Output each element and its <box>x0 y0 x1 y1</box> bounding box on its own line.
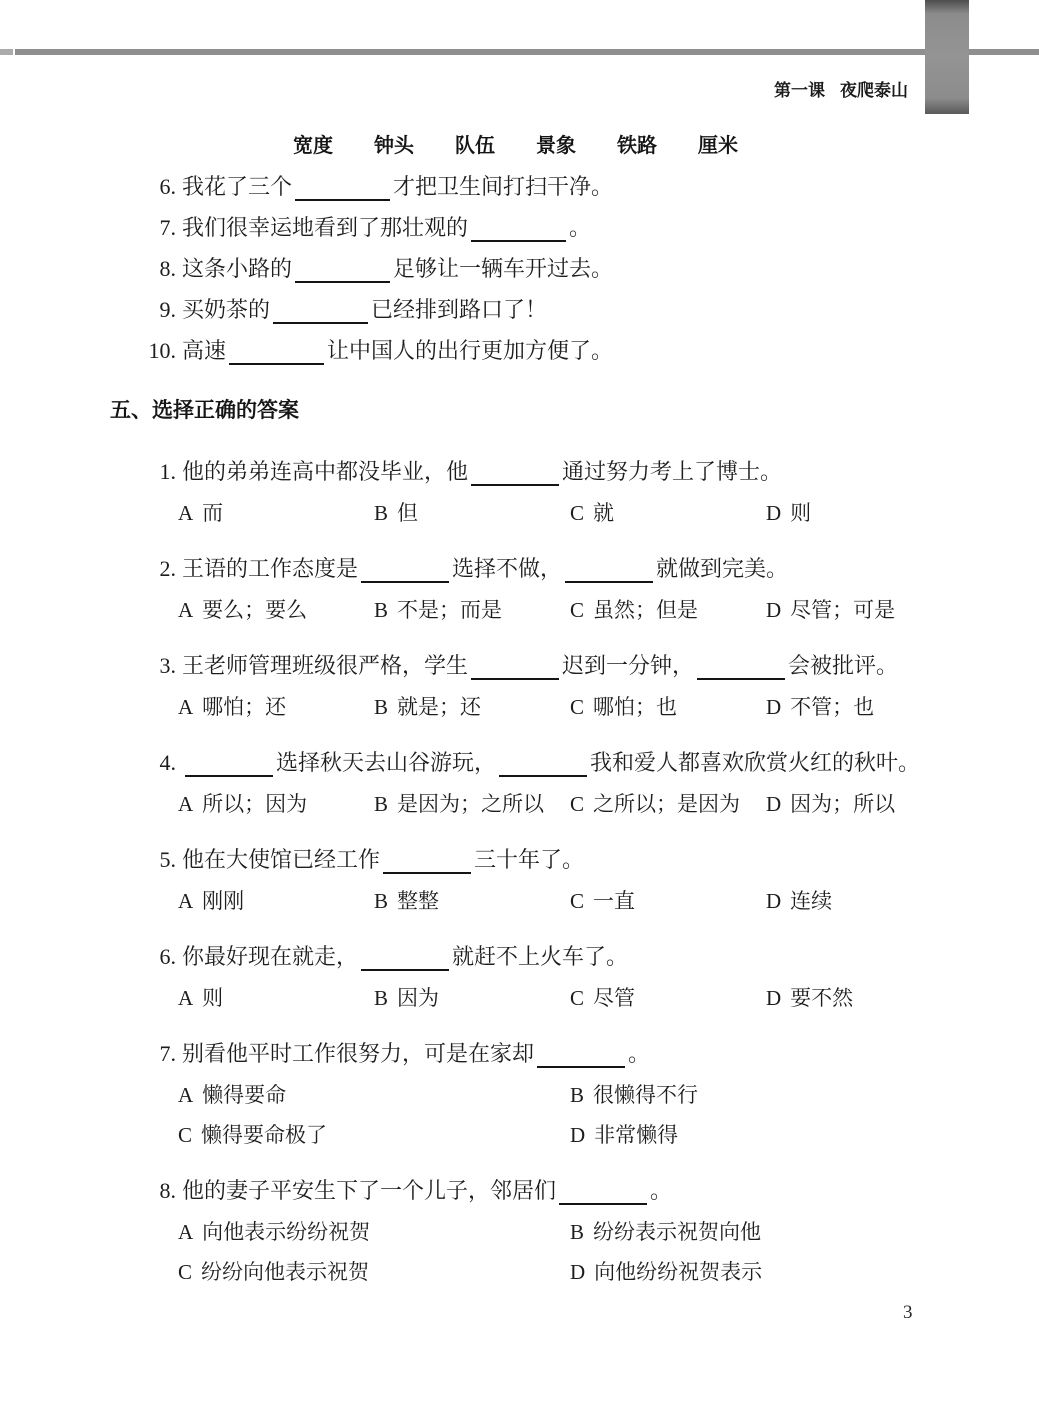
question-text: 。 <box>628 1041 650 1066</box>
question-text: 才把卫生间打扫干净。 <box>393 174 613 199</box>
option-row: A而B但C就D则 <box>0 493 1039 533</box>
option-text: 不管；也 <box>790 695 874 719</box>
word-bank: 宽度钟头队伍景象铁路厘米 <box>293 133 738 159</box>
option-row: A所以；因为B是因为；之所以C之所以；是因为D因为；所以 <box>0 784 1039 824</box>
option-b: B整整 <box>374 881 570 921</box>
question-number: 10. <box>142 330 176 371</box>
option-label: C <box>178 1123 192 1147</box>
question-text: 。 <box>569 215 591 240</box>
option-text: 连续 <box>790 889 832 913</box>
word-bank-item: 厘米 <box>698 133 738 159</box>
option-text: 就是；还 <box>397 695 481 719</box>
option-text: 懒得要命 <box>202 1083 286 1107</box>
question-body: 他的弟弟连高中都没毕业，他通过努力考上了博士。 <box>182 459 782 484</box>
question-text: 这条小路的 <box>182 256 292 281</box>
option-row: A向他表示纷纷祝贺B纷纷表示祝贺向他C纷纷向他表示祝贺D向他纷纷祝贺表示 <box>0 1212 1039 1292</box>
option-label: C <box>570 889 584 913</box>
choice-question: 4.选择秋天去山谷游玩，我和爱人都喜欢欣赏火红的秋叶。A所以；因为B是因为；之所… <box>0 742 1039 824</box>
choice-question: 6.你最好现在就走，就赶不上火车了。A则B因为C尽管D要不然 <box>0 936 1039 1018</box>
question-text: 就做到完美。 <box>656 556 788 581</box>
option-text: 但 <box>397 501 418 525</box>
fill-in-question-list: 6.我花了三个才把卫生间打扫干净。7.我们很幸运地看到了那壮观的。8.这条小路的… <box>0 166 1039 371</box>
question-body: 别看他平时工作很努力，可是在家却。 <box>182 1041 650 1066</box>
option-c: C纷纷向他表示祝贺 <box>178 1252 570 1292</box>
blank-line <box>537 1044 625 1068</box>
blank-line <box>559 1181 647 1205</box>
lesson-title: 夜爬泰山 <box>840 81 908 100</box>
header-rule <box>0 49 1039 55</box>
option-label: D <box>766 598 781 622</box>
option-row: A刚刚B整整C一直D连续 <box>0 881 1039 921</box>
option-label: A <box>178 598 193 622</box>
option-a: A所以；因为 <box>178 784 374 824</box>
option-text: 因为 <box>397 986 439 1010</box>
option-d: D非常懒得 <box>570 1115 1039 1155</box>
question-text: 王语的工作态度是 <box>182 556 358 581</box>
option-text: 而 <box>202 501 223 525</box>
question-body: 你最好现在就走，就赶不上火车了。 <box>182 944 628 969</box>
option-label: A <box>178 889 193 913</box>
running-header: 第一课夜爬泰山 <box>774 76 908 101</box>
option-label: B <box>570 1220 584 1244</box>
option-label: A <box>178 792 193 816</box>
option-text: 整整 <box>397 889 439 913</box>
option-label: D <box>570 1123 585 1147</box>
question-number: 2. <box>142 548 176 590</box>
choice-question: 3.王老师管理班级很严格，学生迟到一分钟，会被批评。A哪怕；还B就是；还C哪怕；… <box>0 645 1039 727</box>
option-a: A哪怕；还 <box>178 687 374 727</box>
option-c: C尽管 <box>570 978 766 1018</box>
question-body: 王语的工作态度是选择不做，就做到完美。 <box>182 556 788 581</box>
question-text: 我们很幸运地看到了那壮观的 <box>182 215 468 240</box>
option-text: 刚刚 <box>202 889 244 913</box>
option-label: A <box>178 501 193 525</box>
option-row: A懒得要命B很懒得不行C懒得要命极了D非常懒得 <box>0 1075 1039 1155</box>
option-text: 之所以；是因为 <box>593 792 740 816</box>
question-text: 他的妻子平安生下了一个儿子，邻居们 <box>182 1178 556 1203</box>
question-number: 3. <box>142 645 176 687</box>
option-c: C一直 <box>570 881 766 921</box>
option-d: D连续 <box>766 881 1039 921</box>
word-bank-item: 景象 <box>536 133 576 159</box>
question-number: 4. <box>142 742 176 784</box>
question-number: 6. <box>142 166 176 207</box>
option-d: D因为；所以 <box>766 784 1039 824</box>
option-text: 纷纷表示祝贺向他 <box>593 1220 761 1244</box>
option-label: B <box>374 695 388 719</box>
lesson-number: 第一课 <box>774 81 825 100</box>
multiple-choice-list: 1.他的弟弟连高中都没毕业，他通过努力考上了博士。A而B但C就D则2.王语的工作… <box>0 451 1039 1307</box>
question-number: 6. <box>142 936 176 978</box>
header-rule-start <box>0 49 15 55</box>
question-stem: 6.你最好现在就走，就赶不上火车了。 <box>0 936 1039 978</box>
option-label: D <box>766 986 781 1010</box>
option-a: A懒得要命 <box>178 1075 570 1115</box>
question-number: 1. <box>142 451 176 493</box>
question-body: 这条小路的足够让一辆车开过去。 <box>182 256 613 281</box>
option-b: B就是；还 <box>374 687 570 727</box>
option-d: D向他纷纷祝贺表示 <box>570 1252 1039 1292</box>
option-text: 向他表示纷纷祝贺 <box>202 1220 370 1244</box>
option-a: A则 <box>178 978 374 1018</box>
option-d: D则 <box>766 493 1039 533</box>
question-text: 他在大使馆已经工作 <box>182 847 380 872</box>
question-body: 他的妻子平安生下了一个儿子，邻居们。 <box>182 1178 672 1203</box>
word-bank-item: 铁路 <box>617 133 657 159</box>
option-text: 非常懒得 <box>594 1123 678 1147</box>
question-number: 7. <box>142 1033 176 1075</box>
blank-line <box>471 462 559 486</box>
question-text: 你最好现在就走， <box>182 944 358 969</box>
option-text: 哪怕；还 <box>202 695 286 719</box>
option-c: C就 <box>570 493 766 533</box>
choice-question: 1.他的弟弟连高中都没毕业，他通过努力考上了博士。A而B但C就D则 <box>0 451 1039 533</box>
workbook-page: 第一课夜爬泰山 宽度钟头队伍景象铁路厘米 6.我花了三个才把卫生间打扫干净。7.… <box>0 0 1039 1401</box>
option-b: B纷纷表示祝贺向他 <box>570 1212 1039 1252</box>
question-number: 8. <box>142 248 176 289</box>
option-label: D <box>570 1260 585 1284</box>
option-label: D <box>766 501 781 525</box>
blank-line <box>185 753 273 777</box>
option-row: A哪怕；还B就是；还C哪怕；也D不管；也 <box>0 687 1039 727</box>
option-text: 不是；而是 <box>397 598 502 622</box>
option-text: 向他纷纷祝贺表示 <box>594 1260 762 1284</box>
chapter-edge-tab <box>925 0 969 114</box>
blank-line <box>471 656 559 680</box>
word-bank-item: 钟头 <box>374 133 414 159</box>
option-a: A向他表示纷纷祝贺 <box>178 1212 570 1252</box>
question-text: 他的弟弟连高中都没毕业，他 <box>182 459 468 484</box>
question-text: 别看他平时工作很努力，可是在家却 <box>182 1041 534 1066</box>
option-text: 纷纷向他表示祝贺 <box>201 1260 369 1284</box>
option-a: A要么；要么 <box>178 590 374 630</box>
choice-question: 2.王语的工作态度是选择不做，就做到完美。A要么；要么B不是；而是C虽然；但是D… <box>0 548 1039 630</box>
page-number: 3 <box>903 1302 913 1324</box>
blank-line <box>295 259 390 283</box>
question-number: 8. <box>142 1170 176 1212</box>
option-label: B <box>374 792 388 816</box>
blank-line <box>565 559 653 583</box>
question-stem: 3.王老师管理班级很严格，学生迟到一分钟，会被批评。 <box>0 645 1039 687</box>
question-number: 5. <box>142 839 176 881</box>
question-text: 通过努力考上了博士。 <box>562 459 782 484</box>
question-text: 三十年了。 <box>474 847 584 872</box>
option-label: D <box>766 695 781 719</box>
choice-question: 8.他的妻子平安生下了一个儿子，邻居们。A向他表示纷纷祝贺B纷纷表示祝贺向他C纷… <box>0 1170 1039 1292</box>
blank-line <box>499 753 587 777</box>
option-label: C <box>570 501 584 525</box>
question-stem: 5.他在大使馆已经工作三十年了。 <box>0 839 1039 881</box>
option-c: C哪怕；也 <box>570 687 766 727</box>
fill-in-question: 8.这条小路的足够让一辆车开过去。 <box>0 248 1039 289</box>
option-text: 尽管 <box>593 986 635 1010</box>
option-label: B <box>374 986 388 1010</box>
fill-in-question: 10.高速让中国人的出行更加方便了。 <box>0 330 1039 371</box>
question-text: 。 <box>650 1178 672 1203</box>
option-text: 所以；因为 <box>202 792 307 816</box>
blank-line <box>229 341 324 365</box>
option-text: 哪怕；也 <box>593 695 677 719</box>
option-b: B因为 <box>374 978 570 1018</box>
option-label: B <box>374 889 388 913</box>
option-c: C之所以；是因为 <box>570 784 766 824</box>
option-label: A <box>178 1220 193 1244</box>
option-label: A <box>178 695 193 719</box>
option-d: D要不然 <box>766 978 1039 1018</box>
option-text: 要不然 <box>790 986 853 1010</box>
option-text: 尽管；可是 <box>790 598 895 622</box>
option-text: 是因为；之所以 <box>397 792 544 816</box>
option-label: B <box>374 501 388 525</box>
option-c: C虽然；但是 <box>570 590 766 630</box>
question-stem: 4.选择秋天去山谷游玩，我和爱人都喜欢欣赏火红的秋叶。 <box>0 742 1039 784</box>
option-label: C <box>570 598 584 622</box>
question-text: 王老师管理班级很严格，学生 <box>182 653 468 678</box>
option-d: D尽管；可是 <box>766 590 1039 630</box>
blank-line <box>273 300 368 324</box>
question-text: 买奶茶的 <box>182 297 270 322</box>
option-label: C <box>570 986 584 1010</box>
option-label: D <box>766 889 781 913</box>
question-stem: 7.别看他平时工作很努力，可是在家却。 <box>0 1033 1039 1075</box>
option-text: 要么；要么 <box>202 598 307 622</box>
question-text: 迟到一分钟， <box>562 653 694 678</box>
question-text: 已经排到路口了！ <box>371 297 547 322</box>
option-b: B但 <box>374 493 570 533</box>
question-number: 9. <box>142 289 176 330</box>
option-row: A要么；要么B不是；而是C虽然；但是D尽管；可是 <box>0 590 1039 630</box>
option-b: B是因为；之所以 <box>374 784 570 824</box>
fill-in-question: 6.我花了三个才把卫生间打扫干净。 <box>0 166 1039 207</box>
fill-in-question: 9.买奶茶的已经排到路口了！ <box>0 289 1039 330</box>
blank-line <box>361 947 449 971</box>
question-body: 我们很幸运地看到了那壮观的。 <box>182 215 591 240</box>
option-label: C <box>570 695 584 719</box>
option-label: B <box>570 1083 584 1107</box>
option-text: 虽然；但是 <box>593 598 698 622</box>
question-body: 王老师管理班级很严格，学生迟到一分钟，会被批评。 <box>182 653 898 678</box>
option-text: 则 <box>790 501 811 525</box>
option-label: A <box>178 986 193 1010</box>
question-text: 选择秋天去山谷游玩， <box>276 750 496 775</box>
option-b: B很懒得不行 <box>570 1075 1039 1115</box>
question-text: 高速 <box>182 338 226 363</box>
option-a: A刚刚 <box>178 881 374 921</box>
choice-question: 7.别看他平时工作很努力，可是在家却。A懒得要命B很懒得不行C懒得要命极了D非常… <box>0 1033 1039 1155</box>
option-label: B <box>374 598 388 622</box>
option-text: 因为；所以 <box>790 792 895 816</box>
question-text: 我和爱人都喜欢欣赏火红的秋叶。 <box>590 750 920 775</box>
option-text: 懒得要命极了 <box>201 1123 327 1147</box>
option-text: 则 <box>202 986 223 1010</box>
option-b: B不是；而是 <box>374 590 570 630</box>
option-d: D不管；也 <box>766 687 1039 727</box>
option-text: 一直 <box>593 889 635 913</box>
question-number: 7. <box>142 207 176 248</box>
question-stem: 1.他的弟弟连高中都没毕业，他通过努力考上了博士。 <box>0 451 1039 493</box>
option-c: C懒得要命极了 <box>178 1115 570 1155</box>
question-body: 选择秋天去山谷游玩，我和爱人都喜欢欣赏火红的秋叶。 <box>182 750 920 775</box>
option-label: C <box>178 1260 192 1284</box>
option-text: 很懒得不行 <box>593 1083 698 1107</box>
option-a: A而 <box>178 493 374 533</box>
question-text: 就赶不上火车了。 <box>452 944 628 969</box>
word-bank-item: 队伍 <box>455 133 495 159</box>
blank-line <box>471 218 566 242</box>
option-row: A则B因为C尽管D要不然 <box>0 978 1039 1018</box>
question-text: 让中国人的出行更加方便了。 <box>327 338 613 363</box>
question-body: 他在大使馆已经工作三十年了。 <box>182 847 584 872</box>
question-stem: 8.他的妻子平安生下了一个儿子，邻居们。 <box>0 1170 1039 1212</box>
section-five-heading: 五、选择正确的答案 <box>110 397 299 425</box>
fill-in-question: 7.我们很幸运地看到了那壮观的。 <box>0 207 1039 248</box>
question-stem: 2.王语的工作态度是选择不做，就做到完美。 <box>0 548 1039 590</box>
option-label: D <box>766 792 781 816</box>
question-body: 买奶茶的已经排到路口了！ <box>182 297 547 322</box>
question-text: 足够让一辆车开过去。 <box>393 256 613 281</box>
word-bank-item: 宽度 <box>293 133 333 159</box>
blank-line <box>361 559 449 583</box>
option-label: C <box>570 792 584 816</box>
blank-line <box>383 850 471 874</box>
option-label: A <box>178 1083 193 1107</box>
question-text: 选择不做， <box>452 556 562 581</box>
question-text: 会被批评。 <box>788 653 898 678</box>
blank-line <box>697 656 785 680</box>
choice-question: 5.他在大使馆已经工作三十年了。A刚刚B整整C一直D连续 <box>0 839 1039 921</box>
option-text: 就 <box>593 501 614 525</box>
blank-line <box>295 177 390 201</box>
question-text: 我花了三个 <box>182 174 292 199</box>
question-body: 我花了三个才把卫生间打扫干净。 <box>182 174 613 199</box>
question-body: 高速让中国人的出行更加方便了。 <box>182 338 613 363</box>
